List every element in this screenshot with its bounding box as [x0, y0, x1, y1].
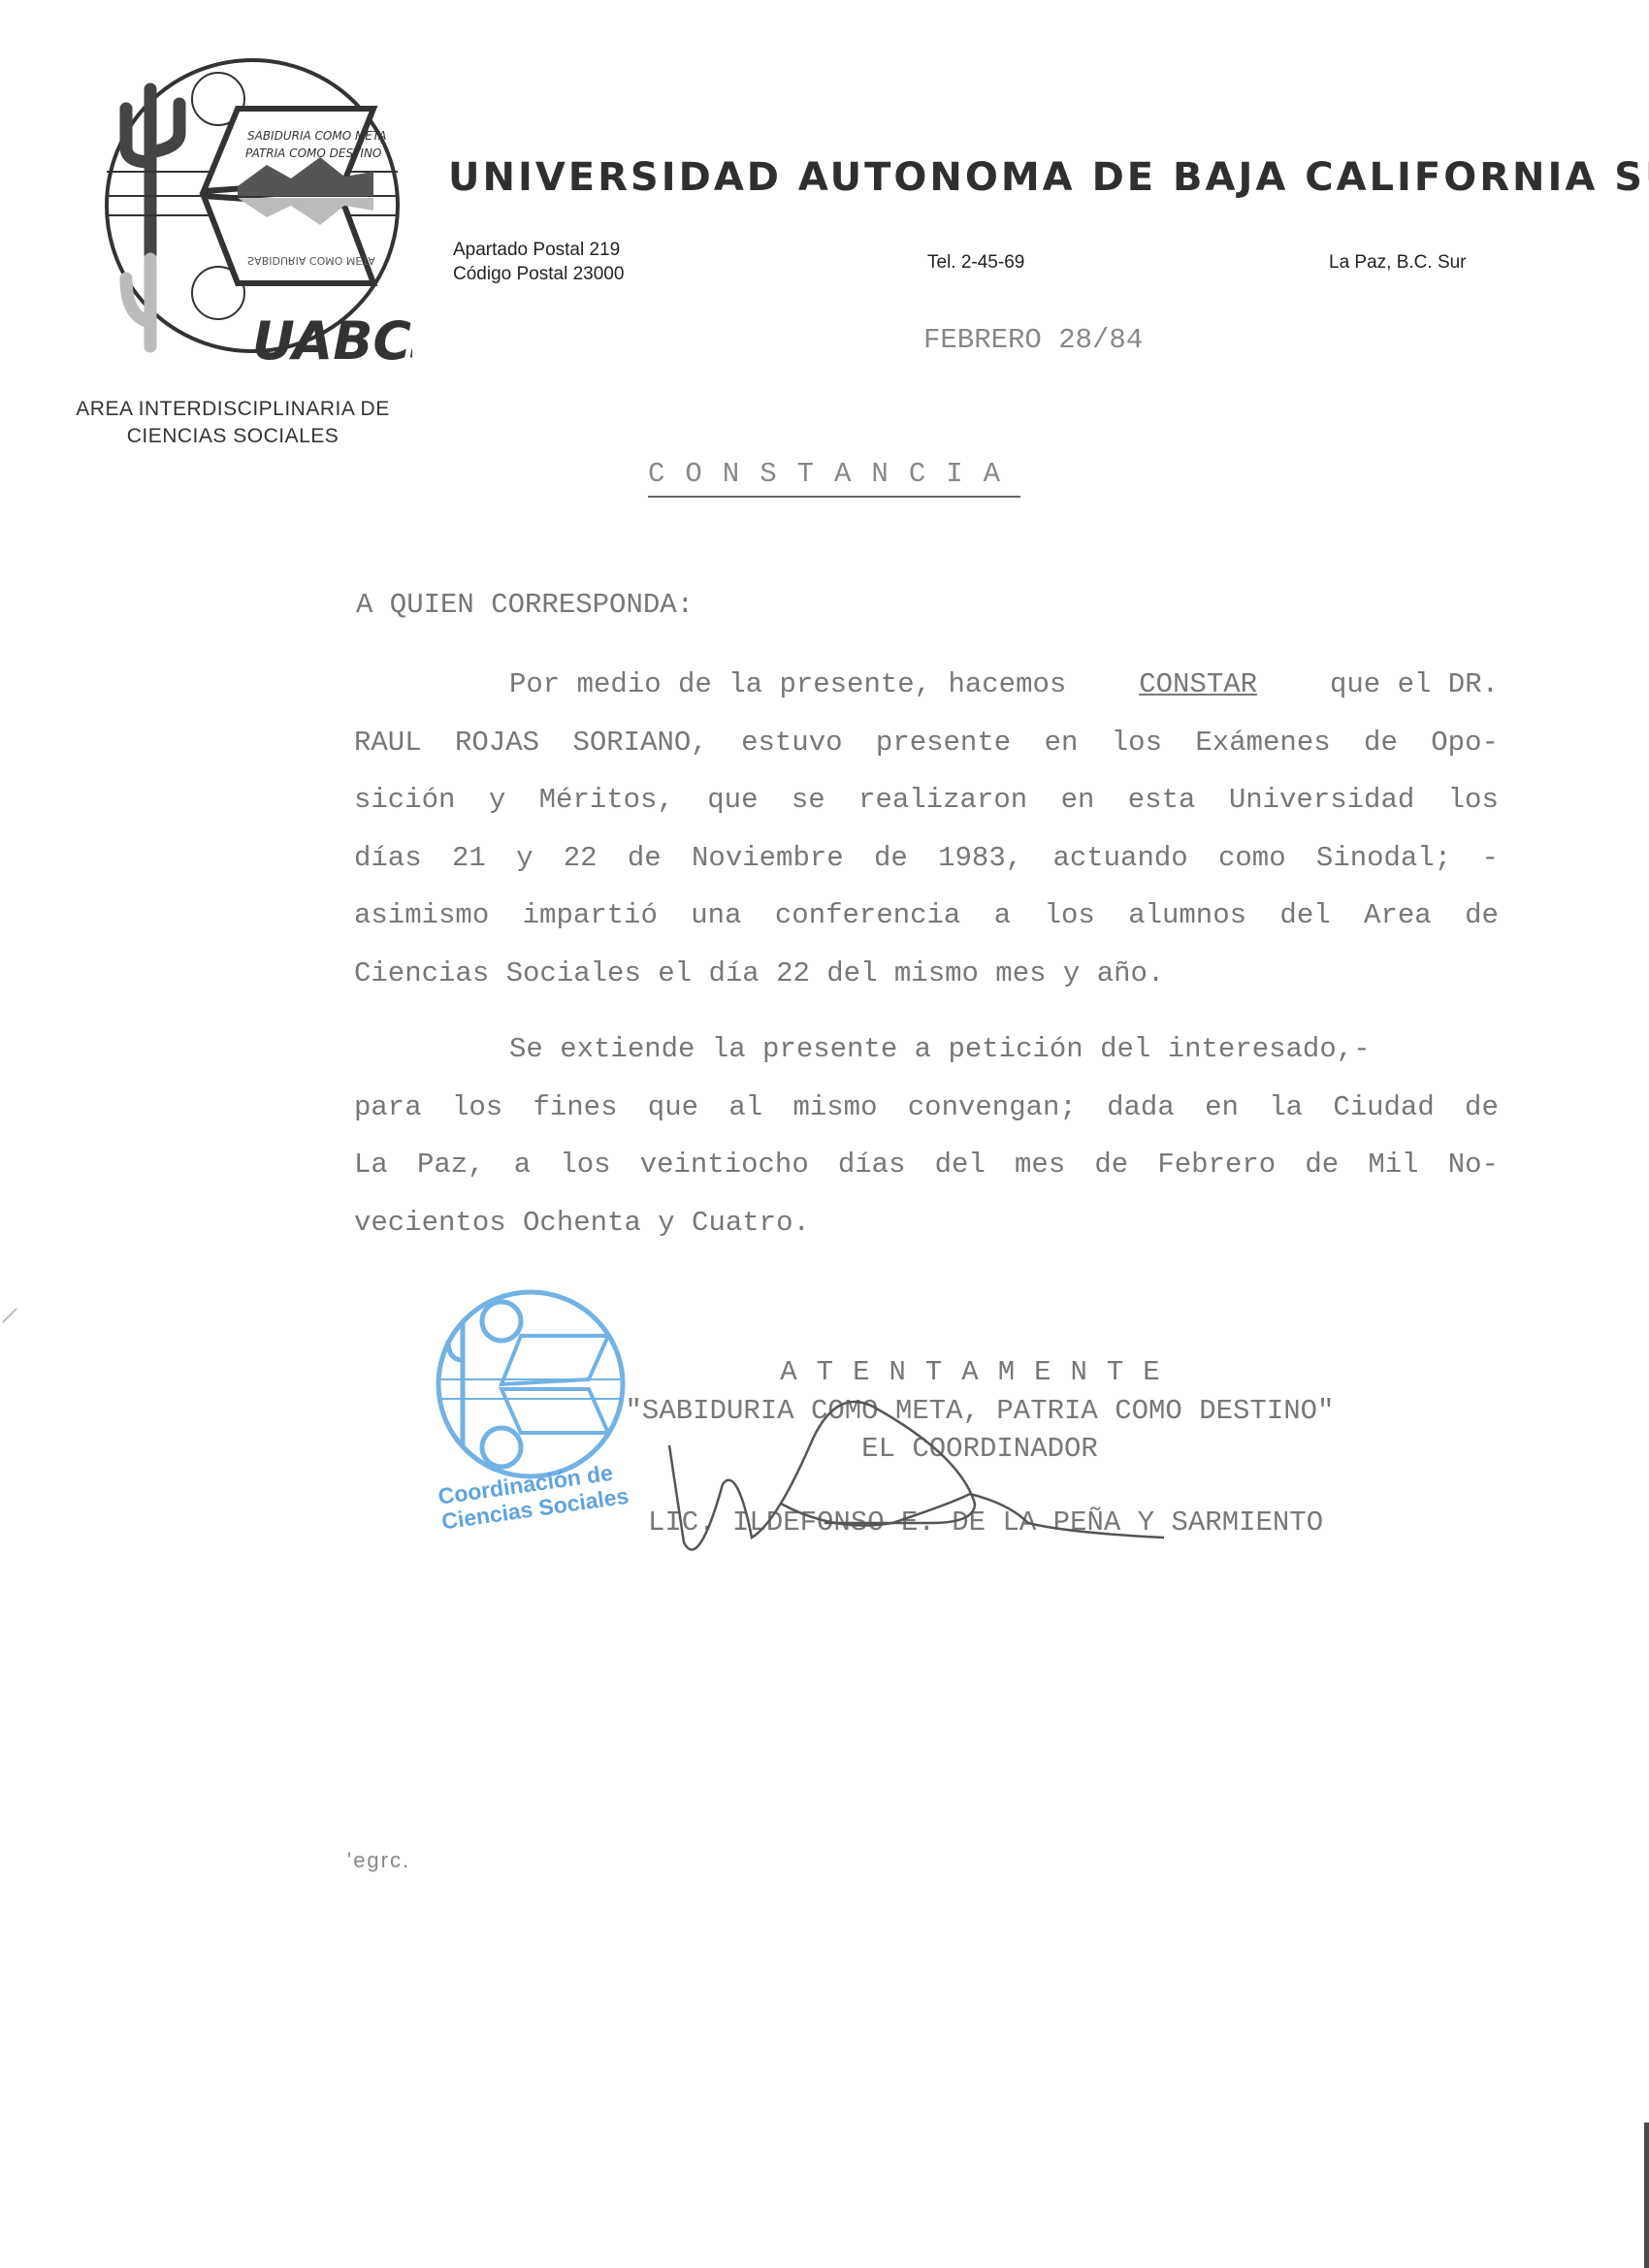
text-run: que el DR. — [1330, 656, 1499, 714]
paragraph-line: siciónyMéritos,queserealizaronenestaUniv… — [354, 771, 1499, 829]
po-box: Apartado Postal 219 — [453, 238, 624, 262]
svg-text:SABIDURIA COMO META: SABIDURIA COMO META — [247, 129, 386, 143]
paragraph-line: vecientos Ochenta y Cuatro. — [354, 1194, 1499, 1252]
typist-initials: 'egrc. — [347, 1848, 410, 1873]
paragraph-line: días21y22deNoviembrede1983,actuandocomoS… — [354, 829, 1499, 888]
paragraph-line: paralosfinesquealmismoconvengan;dadaenla… — [354, 1079, 1499, 1137]
postal-address: Apartado Postal 219 Código Postal 23000 — [453, 238, 624, 286]
paragraph-line: Se extiende la presente a petición del i… — [354, 1021, 1499, 1079]
document-date: FEBRERO 28/84 — [923, 324, 1143, 356]
paragraph-line: Ciencias Sociales el día 22 del mismo me… — [354, 945, 1499, 1003]
svg-text:PATRIA COMO DESTINO: PATRIA COMO DESTINO — [245, 146, 381, 160]
text-run: Por medio de la presente, hacemos — [509, 656, 1066, 714]
city: La Paz, B.C. Sur — [1329, 250, 1467, 275]
document-title: CONSTANCIA — [648, 458, 1020, 498]
paragraph-line: RAULROJASSORIANO,estuvopresenteenlosExám… — [354, 714, 1499, 772]
scan-edge — [1644, 2122, 1649, 2268]
paragraph-line: Por medio de la presente, hacemos CONSTA… — [354, 656, 1499, 714]
svg-text:SABIDURIA COMO META: SABIDURIA COMO META — [247, 254, 375, 267]
svg-text:UABCS: UABCS — [252, 310, 412, 371]
scan-mark — [2, 1308, 17, 1323]
area-line-2: CIENCIAS SOCIALES — [39, 423, 427, 450]
handwritten-signature — [543, 1377, 1300, 1552]
postal-code: Código Postal 23000 — [453, 262, 624, 286]
emphasis-constar: CONSTAR — [1139, 656, 1257, 714]
area-label: AREA INTERDISCIPLINARIA DE CIENCIAS SOCI… — [39, 396, 427, 450]
paragraph-line: LaPaz,alosveintiochodíasdelmesdeFebrerod… — [354, 1136, 1499, 1194]
paragraph-1: Por medio de la presente, hacemos CONSTA… — [354, 656, 1499, 1002]
paragraph-line: asimismoimpartióunaconferenciaalosalumno… — [354, 887, 1499, 945]
salutation: A QUIEN CORRESPONDA: — [356, 589, 694, 621]
uabcs-logo: SABIDURIA COMO META PATRIA COMO DESTINO … — [92, 50, 412, 371]
paragraph-2: Se extiende la presente a petición del i… — [354, 1021, 1499, 1251]
area-line-1: AREA INTERDISCIPLINARIA DE — [39, 396, 427, 423]
institution-name: UNIVERSIDAD AUTONOMA DE BAJA CALIFORNIA … — [448, 155, 1525, 200]
phone-number: Tel. 2-45-69 — [927, 250, 1024, 275]
